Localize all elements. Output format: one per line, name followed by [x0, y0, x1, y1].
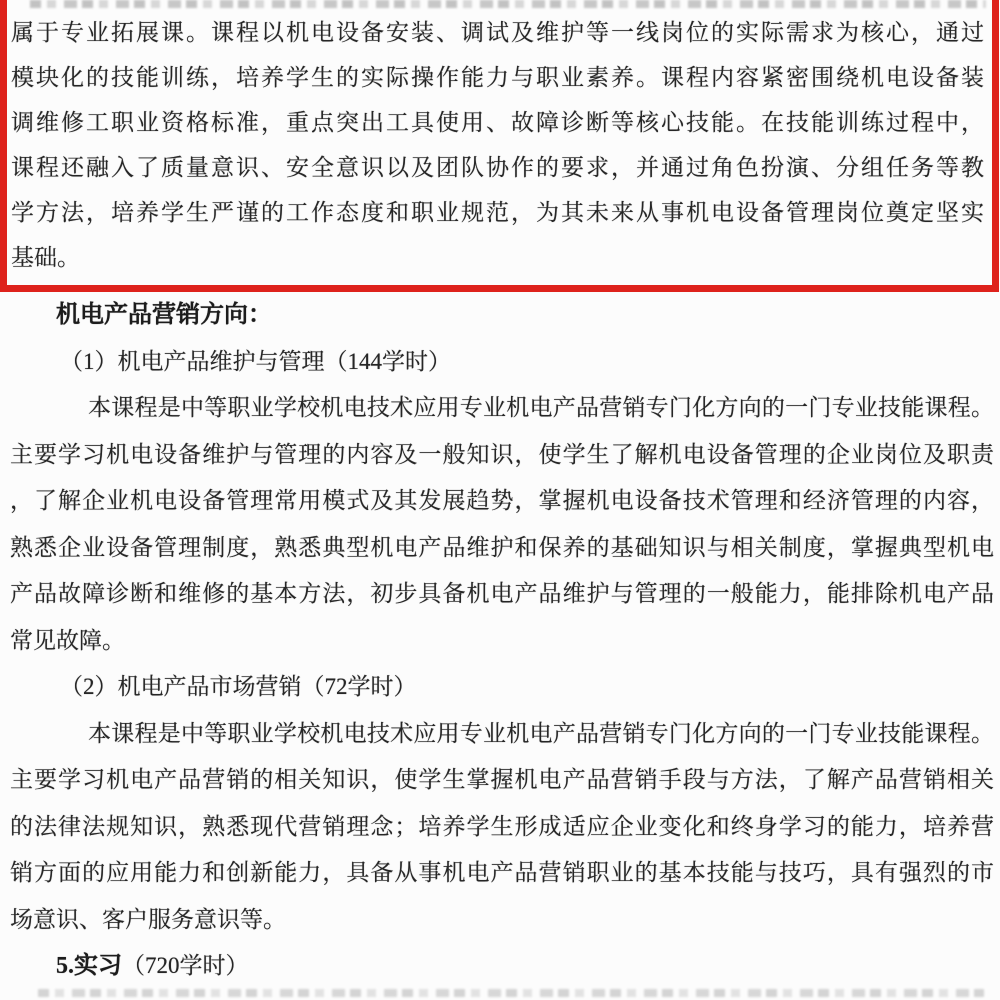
text-line: 熟悉企业设备管理制度，熟悉典型机电产品维护和保养的基础知识与相关制度，掌握典型机… — [10, 525, 994, 572]
text-line: 主要学习机电设备维护与管理的内容及一般知识，使学生了解机电设备管理的企业岗位及职… — [10, 432, 994, 479]
text-line: ，了解企业机电设备管理常用模式及其发展趋势，掌握机电设备技术管理和经济管理的内容… — [10, 478, 994, 525]
text-line: 的法律法规知识，熟悉现代营销理念；培养学生形成适应企业变化和终身学习的能力，培养… — [10, 804, 994, 851]
highlighted-paragraph: 属于专业拓展课。课程以机电设备安装、调试及维护等一线岗位的实际需求为核心，通过 … — [7, 0, 992, 280]
text-line: 本课程是中等职业学校机电技术应用专业机电产品营销专门化方向的一门专业技能课程。 — [10, 711, 994, 758]
text-line: 模块化的技能训练，培养学生的实际操作能力与职业素养。课程内容紧密围绕机电设备装 — [11, 55, 984, 100]
text-line: 主要学习机电产品营销的相关知识，使学生掌握机电产品营销手段与方法，了解产品营销相… — [10, 757, 994, 804]
practicum-number: 5.实习 — [56, 953, 122, 979]
text-line: 本课程是中等职业学校机电技术应用专业机电产品营销专门化方向的一门专业技能课程。 — [10, 385, 994, 432]
practicum-heading: 5.实习（720学时） — [10, 943, 994, 990]
course1-title: （1）机电产品维护与管理（144学时） — [10, 339, 994, 386]
cropped-text-fragment-bottom — [38, 989, 984, 997]
text-line: 销方面的应用能力和创新能力，具备从事机电产品营销职业的基本技能与技巧，具有强烈的… — [10, 850, 994, 897]
text-line: 基础。 — [11, 235, 984, 280]
text-line: 学方法，培养学生严谨的工作态度和职业规范，为其未来从事机电设备管理岗位奠定坚实 — [11, 190, 984, 235]
section-heading-marketing: 机电产品营销方向： — [10, 292, 994, 339]
document-body: 机电产品营销方向： （1）机电产品维护与管理（144学时） 本课程是中等职业学校… — [10, 292, 994, 990]
text-line: 常见故障。 — [10, 618, 994, 665]
text-line: 属于专业拓展课。课程以机电设备安装、调试及维护等一线岗位的实际需求为核心，通过 — [11, 10, 984, 55]
course2-title: （2）机电产品市场营销（72学时） — [10, 664, 994, 711]
text-line: 场意识、客户服务意识等。 — [10, 897, 994, 944]
text-line: 调维修工职业资格标准，重点突出工具使用、故障诊断等核心技能。在技能训练过程中， — [11, 100, 984, 145]
text-line: 课程还融入了质量意识、安全意识以及团队协作的要求，并通过角色扮演、分组任务等教 — [11, 145, 984, 190]
text-line: 产品故障诊断和维修的基本方法，初步具备机电产品维护与管理的一般能力，能排除机电产… — [10, 571, 994, 618]
highlight-box: 属于专业拓展课。课程以机电设备安装、调试及维护等一线岗位的实际需求为核心，通过 … — [0, 0, 999, 292]
document-page: 属于专业拓展课。课程以机电设备安装、调试及维护等一线岗位的实际需求为核心，通过 … — [0, 0, 1000, 1000]
practicum-hours: （720学时） — [122, 953, 249, 978]
